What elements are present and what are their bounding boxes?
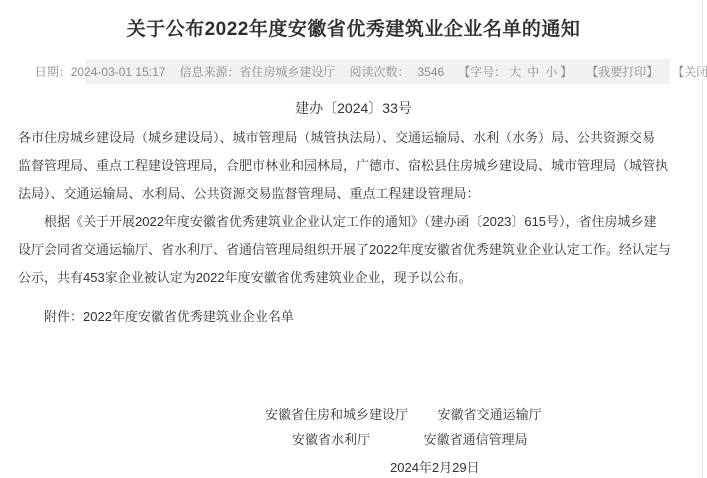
font-size-small-button[interactable]: 小	[545, 63, 557, 80]
source-value: 省住房城乡建设厅	[239, 63, 335, 80]
signature-line-1: 安徽省住房和城乡建设厅 安徽省交通运输厅	[265, 406, 542, 424]
signature-line-2: 安徽省水利厅 安徽省通信管理局	[292, 431, 528, 449]
signature-date: 2024年2月29日	[390, 457, 480, 476]
font-size-large-button[interactable]: 大	[509, 63, 521, 80]
font-size-control: 【字号： 大 中 小 】	[458, 63, 572, 80]
signing-agency-communications: 安徽省通信管理局	[424, 432, 528, 447]
body-line: 根据《关于开展2022年度安徽省优秀建筑业企业认定工作的通知》（建办函〔2023…	[18, 208, 693, 236]
font-size-medium-button[interactable]: 中	[527, 63, 539, 80]
views-value: 3546	[418, 65, 445, 79]
notice-page: 关于公布2022年度安徽省优秀建筑业企业名单的通知 日期： 2024-03-01…	[0, 0, 707, 478]
page-title: 关于公布2022年度安徽省优秀建筑业企业名单的通知	[0, 17, 707, 43]
source-label: 信息来源：	[179, 63, 239, 80]
body-line: 设厅会同省交通运输厅、省水利厅、省通信管理局组织开展了2022年度安徽省优秀建筑…	[18, 236, 693, 264]
doc-number: 建办〔2024〕33号	[0, 98, 707, 118]
view-count: 阅读次数： 3546	[349, 63, 444, 80]
attachment-line: 附件：2022年度安徽省优秀建筑业企业名单	[18, 303, 693, 331]
body-line: 法局）、交通运输局、水利局、公共资源交易监督管理局、重点工程建设管理局：	[18, 180, 693, 208]
info-source: 信息来源： 省住房城乡建设厅	[179, 63, 335, 80]
meta-bar: 日期： 2024-03-01 15:17 信息来源： 省住房城乡建设厅 阅读次数…	[85, 59, 670, 84]
date-value: 2024-03-01 15:17	[71, 65, 166, 79]
views-label: 阅读次数：	[349, 63, 409, 80]
page-right-border	[702, 0, 703, 478]
signing-agency-housing: 安徽省住房和城乡建设厅	[265, 407, 408, 422]
font-size-label: 【字号：	[458, 63, 506, 80]
signing-agency-transport: 安徽省交通运输厅	[438, 407, 542, 422]
body-line: 各市住房城乡建设局（城乡建设局）、城市管理局（城管执法局）、交通运输局、水利（水…	[18, 124, 693, 152]
notice-body: 各市住房城乡建设局（城乡建设局）、城市管理局（城管执法局）、交通运输局、水利（水…	[18, 124, 693, 292]
publish-date: 日期： 2024-03-01 15:17	[35, 63, 166, 80]
body-line: 公示，共有453家企业被认定为2022年度安徽省优秀建筑业企业，现予以公布。	[18, 264, 693, 292]
body-line: 监督管理局、重点工程建设管理局，合肥市林业和园林局，广德市、宿松县住房城乡建设局…	[18, 152, 693, 180]
date-label: 日期：	[35, 63, 71, 80]
signing-agency-water: 安徽省水利厅	[292, 432, 370, 447]
print-button[interactable]: 【我要打印】	[586, 63, 658, 80]
font-size-label-end: 】	[560, 63, 572, 80]
